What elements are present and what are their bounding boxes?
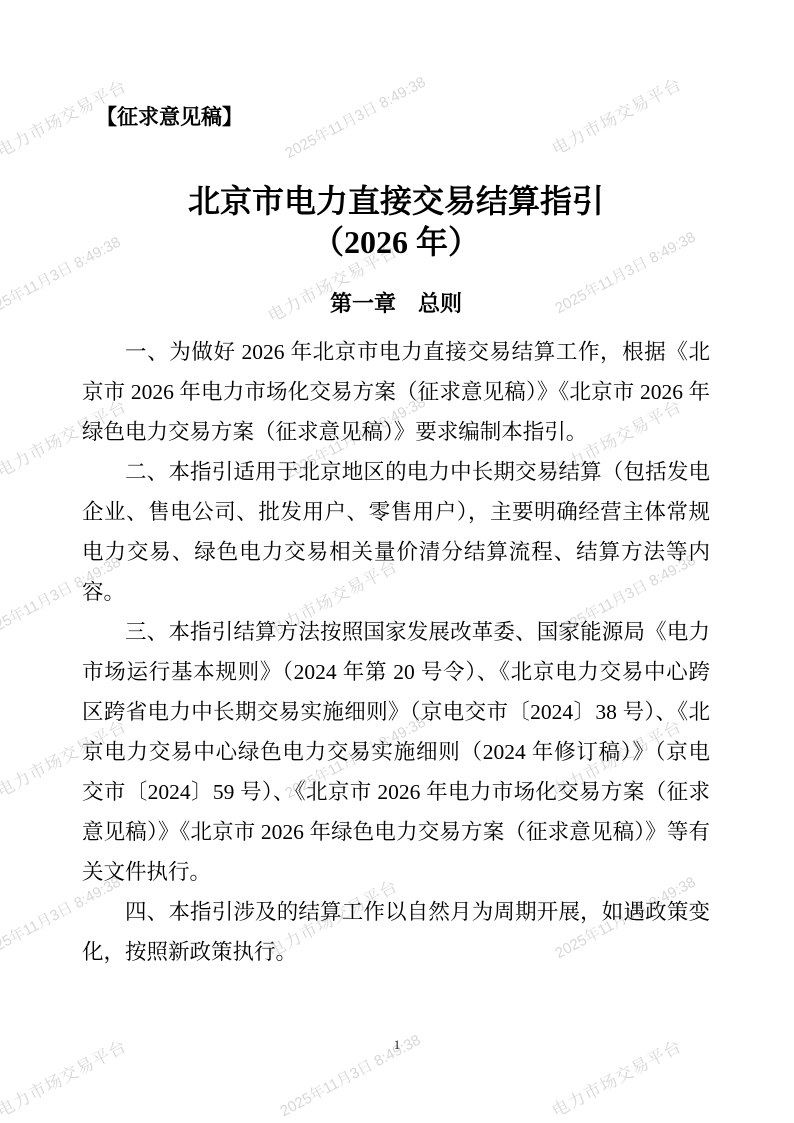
document-content: 【征求意见稿】 北京市电力直接交易结算指引 （2026 年） 第一章 总则 一、… xyxy=(0,0,794,972)
paragraph: 三、本指引结算方法按照国家发展改革委、国家能源局《电力市场运行基本规则》（202… xyxy=(82,612,710,892)
document-title: 北京市电力直接交易结算指引 （2026 年） xyxy=(82,181,710,263)
paragraph: 四、本指引涉及的结算工作以自然月为周期开展，如遇政策变化，按照新政策执行。 xyxy=(82,892,710,972)
draft-stamp: 【征求意见稿】 xyxy=(96,103,710,131)
document-title-line1: 北京市电力直接交易结算指引 xyxy=(82,181,710,222)
paragraph: 二、本指引适用于北京地区的电力中长期交易结算（包括发电企业、售电公司、批发用户、… xyxy=(82,452,710,612)
page-number: 1 xyxy=(0,1037,794,1053)
document-page: 电力市场交易平台 2025年11月3日 8:49:38 电力市场交易平台 202… xyxy=(0,0,794,1123)
paragraph: 一、为做好 2026 年北京市电力直接交易结算工作，根据《北京市 2026 年电… xyxy=(82,332,710,452)
chapter-heading: 第一章 总则 xyxy=(82,289,710,319)
document-title-line2: （2026 年） xyxy=(82,222,710,263)
body-text: 一、为做好 2026 年北京市电力直接交易结算工作，根据《北京市 2026 年电… xyxy=(82,332,710,972)
